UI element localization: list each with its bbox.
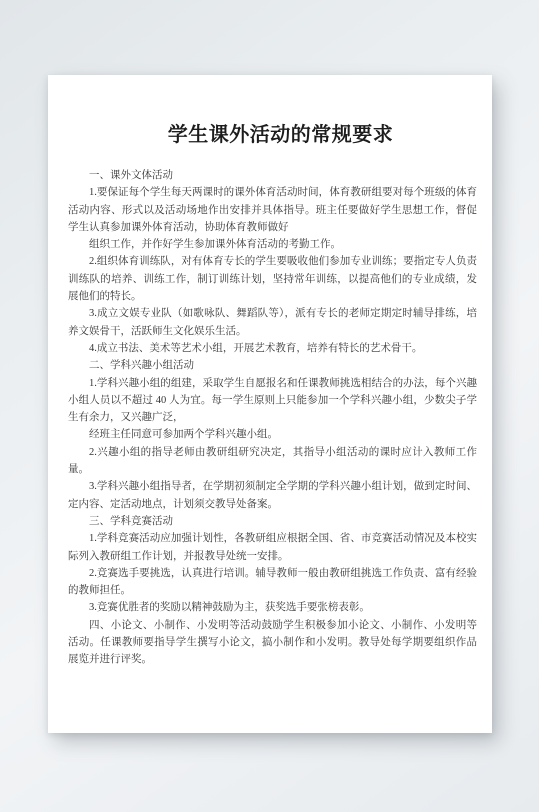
document-paragraph: 3.学科兴趣小组指导者，在学期初须制定全学期的学科兴趣小组计划，做到定时间、定内… [68,478,477,513]
document-paragraph: 4.成立书法、美术等艺术小组，开展艺术教育，培养有特长的艺术骨干。 [68,340,477,357]
section-heading: 二、学科兴趣小组活动 [68,357,477,374]
document-paragraph: 1.要保证每个学生每天两课时的课外体育活动时间，体育教研组要对每个班级的体育活动… [68,184,477,236]
document-paragraph: 四、小论文、小制作、小发明等活动鼓励学生积极参加小论文、小制作、小发明等活动。任… [68,617,477,669]
document-paragraph: 2.组织体育训练队，对有体育专长的学生要吸收他们参加专业训练；要指定专人负责训练… [68,253,477,305]
document-paragraph: 3.成立文娱专业队（如歌咏队、舞蹈队等），派有专长的老师定期定时辅导排练，培养文… [68,305,477,340]
document-paragraph: 组织工作，并作好学生参加课外体育活动的考勤工作。 [68,236,477,253]
document-paragraph: 经班主任同意可参加两个学科兴趣小组。 [68,426,477,443]
document-paragraph: 3.竞赛优胜者的奖励以精神鼓励为主，获奖选手要张榜表彰。 [68,599,477,616]
section-heading: 一、课外文体活动 [68,167,477,184]
document-paragraph: 2.兴趣小组的指导老师由教研组研究决定，其指导小组活动的课时应计入教师工作量。 [68,444,477,479]
background: 学生课外活动的常规要求 一、课外文体活动 1.要保证每个学生每天两课时的课外体育… [0,0,539,812]
document-page: 学生课外活动的常规要求 一、课外文体活动 1.要保证每个学生每天两课时的课外体育… [48,75,492,733]
document-paragraph: 1.学科兴趣小组的组建，采取学生自愿报名和任课教师挑选相结合的办法，每个兴趣小组… [68,375,477,427]
document-body: 一、课外文体活动 1.要保证每个学生每天两课时的课外体育活动时间，体育教研组要对… [68,167,477,669]
document-paragraph: 1.学科竞赛活动应加强计划性，各教研组应根据全国、省、市竞赛活动情况及本校实际列… [68,530,477,565]
document-paragraph: 2.竞赛选手要挑选，认真进行培训。辅导教师一般由教研组挑选工作负责、富有经验的教… [68,565,477,600]
section-heading: 三、学科竞赛活动 [68,513,477,530]
document-title: 学生课外活动的常规要求 [76,122,485,148]
